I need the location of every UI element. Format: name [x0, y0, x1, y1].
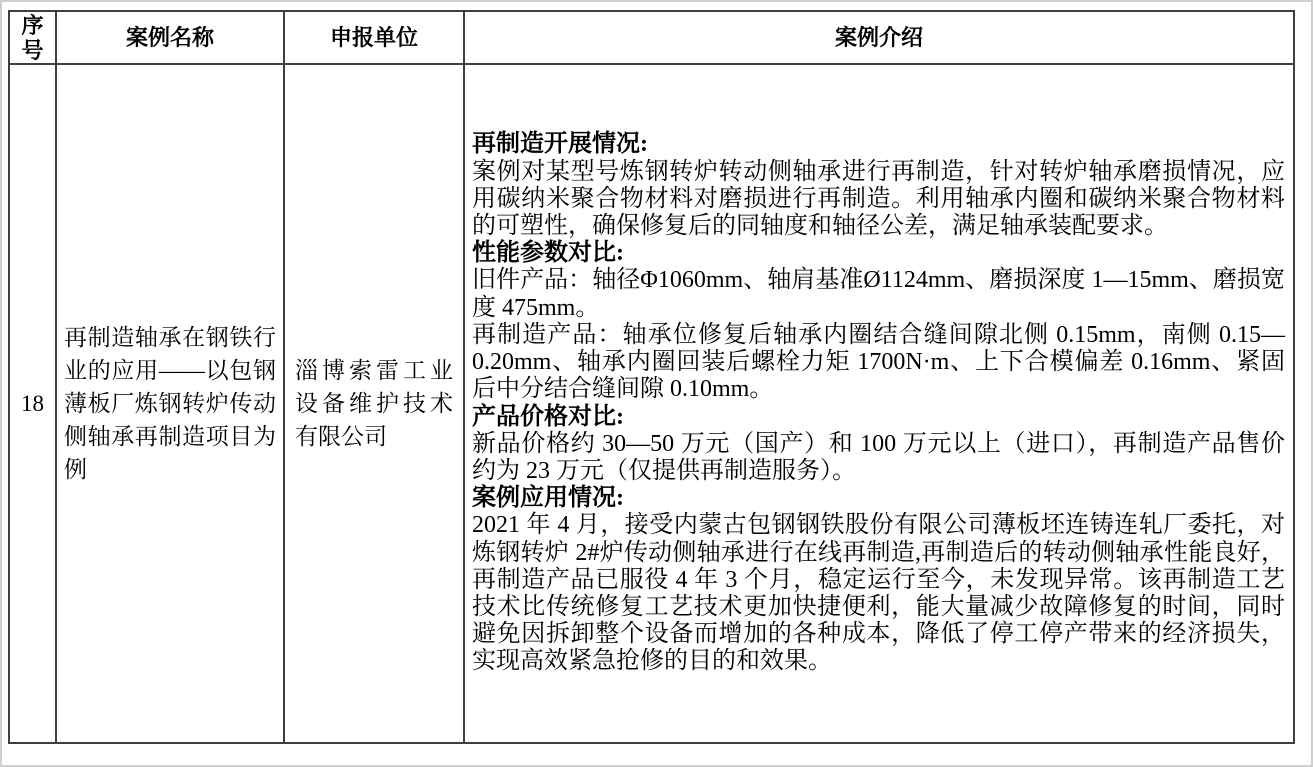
section-heading: 再制造开展情况:	[472, 131, 1285, 158]
case-table: 序号 案例名称 申报单位 案例介绍 18 再制造轴承在钢铁行业的应用——以包钢薄…	[8, 10, 1295, 744]
section-heading: 案例应用情况:	[472, 485, 1285, 512]
section-paragraph: 新品价格约 30—50 万元（国产）和 100 万元以上（进口），再制造产品售价…	[472, 431, 1285, 485]
section-heading: 性能参数对比:	[472, 240, 1285, 267]
section-paragraph: 旧件产品：轴径Φ1060mm、轴肩基准Ø1124mm、磨损深度 1—15mm、磨…	[472, 267, 1285, 321]
case-introduction-cell: 再制造开展情况:案例对某型号炼钢转炉转动侧轴承进行再制造，针对转炉轴承磨损情况，…	[464, 64, 1294, 743]
section-paragraph: 2021 年 4 月，接受内蒙古包钢钢铁股份有限公司薄板坯连铸连轧厂委托，对炼钢…	[472, 512, 1285, 675]
table-row: 18 再制造轴承在钢铁行业的应用——以包钢薄板厂炼钢转炉传动侧轴承再制造项目为例…	[9, 64, 1294, 743]
header-row: 序号 案例名称 申报单位 案例介绍	[9, 11, 1294, 64]
header-organization: 申报单位	[284, 11, 464, 64]
header-case-name: 案例名称	[56, 11, 284, 64]
serial-number-cell: 18	[9, 64, 56, 743]
section-heading: 产品价格对比:	[472, 404, 1285, 431]
header-case-introduction: 案例介绍	[464, 11, 1294, 64]
document-page: 序号 案例名称 申报单位 案例介绍 18 再制造轴承在钢铁行业的应用——以包钢薄…	[0, 0, 1313, 767]
case-introduction-content: 再制造开展情况:案例对某型号炼钢转炉转动侧轴承进行再制造，针对转炉轴承磨损情况，…	[472, 131, 1285, 675]
organization-cell: 淄博索雷工业设备维护技术有限公司	[284, 64, 464, 743]
case-name-cell: 再制造轴承在钢铁行业的应用——以包钢薄板厂炼钢转炉传动侧轴承再制造项目为例	[56, 64, 284, 743]
section-paragraph: 再制造产品：轴承位修复后轴承内圈结合缝间隙北侧 0.15mm，南侧 0.15—0…	[472, 322, 1285, 404]
section-paragraph: 案例对某型号炼钢转炉转动侧轴承进行再制造，针对转炉轴承磨损情况，应用碳纳米聚合物…	[472, 159, 1285, 241]
header-serial-number: 序号	[9, 11, 56, 64]
